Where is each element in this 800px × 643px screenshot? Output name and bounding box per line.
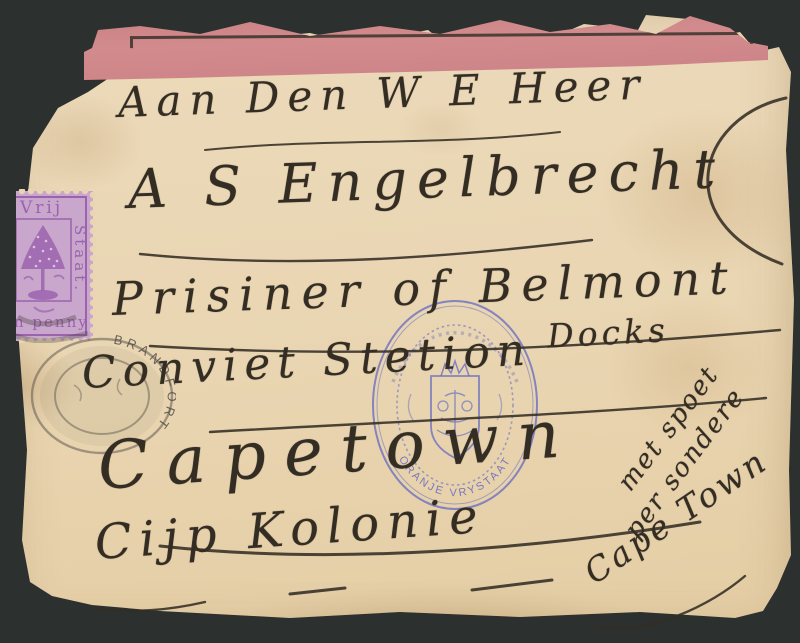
dash-2	[472, 580, 552, 590]
underline-line6	[96, 602, 205, 611]
address-line-4-suffix: Docks	[546, 310, 670, 355]
dash-1	[290, 588, 345, 594]
underline-cape-town	[600, 576, 745, 629]
photo-background: Vrij Staat. n penny BRANDFORT	[0, 0, 800, 643]
